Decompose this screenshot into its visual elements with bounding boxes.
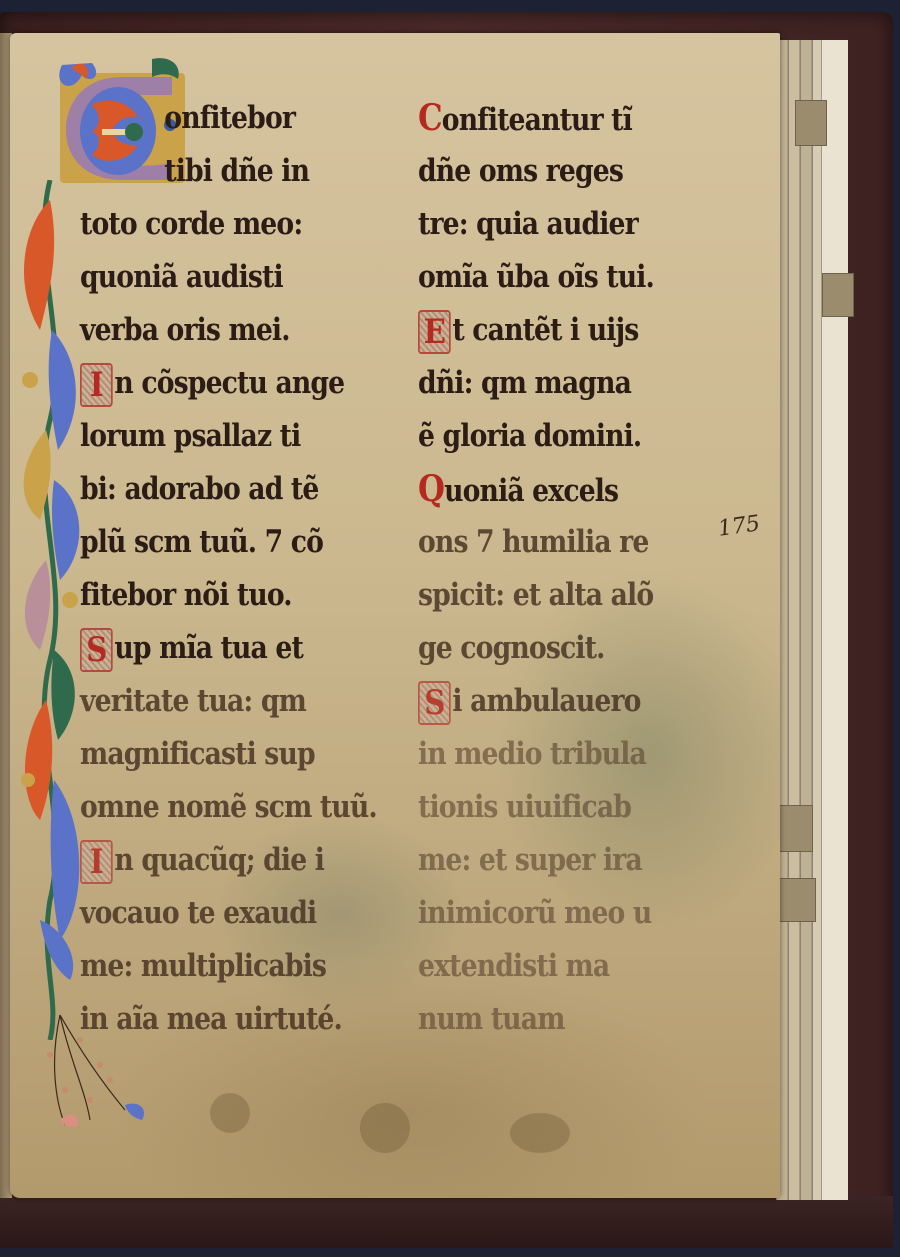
text-line: onfitebor	[80, 92, 377, 145]
text-line: fitebor nõi tuo.	[80, 569, 377, 622]
text-line: inimicorũ meo u	[418, 887, 654, 940]
binding-tab	[795, 100, 827, 146]
text-line: veritate tua: qm	[80, 675, 377, 728]
text-line-with-rubric: Quoniã excels	[418, 463, 654, 516]
text-line: plũ scm tuũ. 7 cõ	[80, 516, 377, 569]
text-line: tionis uiuificab	[418, 781, 654, 834]
text-line-with-rubric: Confiteantur tĩ	[418, 92, 654, 145]
text-line: quoniã audisti	[80, 251, 377, 304]
text-line: ẽ gloria domini.	[418, 410, 654, 463]
floral-border	[10, 180, 90, 1040]
text-line: toto corde meo:	[80, 198, 377, 251]
text-line: tre: quia audier	[418, 198, 654, 251]
text-line: dñi: qm magna	[418, 357, 654, 410]
rubricated-initial: I	[80, 840, 113, 884]
text-line: dñe oms reges	[418, 145, 654, 198]
text-line: me: et super ira	[418, 834, 654, 887]
text-line: tibi dñe in	[80, 145, 377, 198]
binding-tab	[822, 273, 854, 317]
text-line: omĩa ũba oĩs tui.	[418, 251, 654, 304]
rubricated-initial: S	[418, 681, 451, 725]
text-line: me: multiplicabis	[80, 940, 377, 993]
text-line: spicit: et alta alõ	[418, 569, 654, 622]
right-text-column: Confiteantur tĩ dñe oms reges tre: quia …	[418, 92, 692, 1046]
text-line: omne nomẽ scm tuũ.	[80, 781, 377, 834]
rubricated-initial: S	[80, 628, 113, 672]
rubricated-initial: Q	[418, 468, 444, 510]
text-line: ge cognoscit.	[418, 622, 654, 675]
text-line: in aĩa mea uirtuté.	[80, 993, 377, 1046]
rubricated-initial: I	[80, 363, 113, 407]
text-line: ons 7 humilia re	[418, 516, 654, 569]
rubricated-initial: C	[418, 97, 442, 139]
text-line: magnificasti sup	[80, 728, 377, 781]
text-line-with-rubric: Sup mĩa tua et	[80, 622, 377, 675]
text-line: in medio tribula	[418, 728, 654, 781]
text-line: num tuam	[418, 993, 654, 1046]
binding-bottom-edge	[0, 1196, 893, 1248]
text-line-with-rubric: Et cantẽt i uijs	[418, 304, 654, 357]
binding-tab	[778, 878, 816, 922]
text-line-with-rubric: In quacũq; die i	[80, 834, 377, 887]
text-line: vocauo te exaudi	[80, 887, 377, 940]
text-line: extendisti ma	[418, 940, 654, 993]
text-line: verba oris mei.	[80, 304, 377, 357]
text-line: lorum psallaz ti	[80, 410, 377, 463]
text-line-with-rubric: Si ambulauero	[418, 675, 654, 728]
text-line-with-rubric: In cõspectu ange	[80, 357, 377, 410]
text-line: bi: adorabo ad tẽ	[80, 463, 377, 516]
left-text-column: onfitebor tibi dñe in toto corde meo: qu…	[80, 92, 425, 1046]
rubricated-initial: E	[418, 310, 451, 354]
